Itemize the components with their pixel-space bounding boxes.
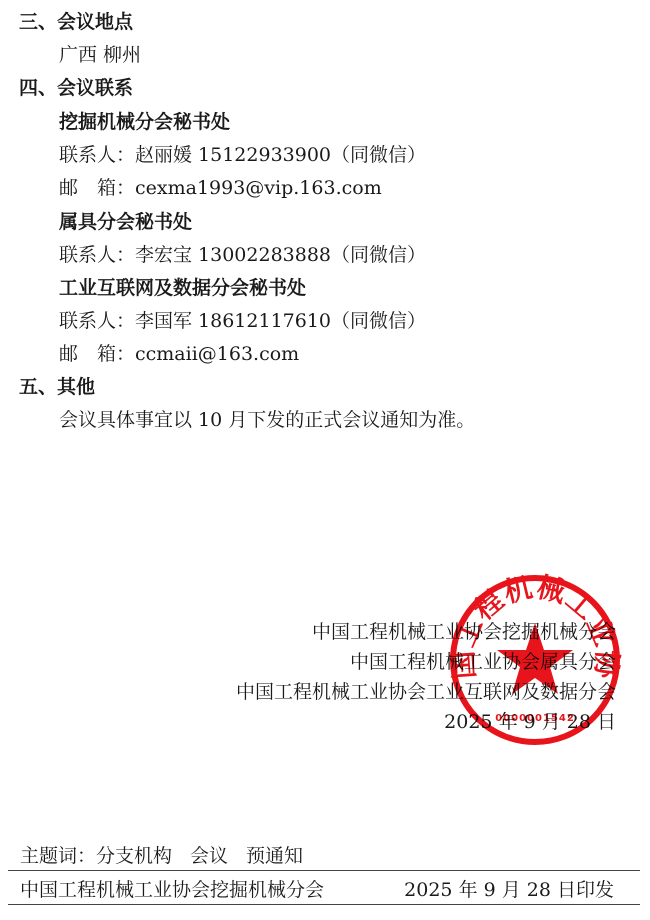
keywords-line: 主题词：分支机构会议预通知 <box>20 844 321 868</box>
group-title-excavator: 挖掘机械分会秘书处 <box>59 110 230 134</box>
section-heading-contact: 四、会议联系 <box>19 76 133 100</box>
email-iiot: 邮 箱：ccmaii@163.com <box>59 342 299 366</box>
issue-date: 2025 年 9 月 28 日印发 <box>404 878 614 902</box>
group-title-iiot: 工业互联网及数据分会秘书处 <box>59 276 306 300</box>
signature-org-1: 中国工程机械工业协会挖掘机械分会 <box>312 620 616 644</box>
keyword: 会议 <box>190 845 228 867</box>
divider-top <box>8 870 640 871</box>
issuer: 中国工程机械工业协会挖掘机械分会 <box>20 878 324 902</box>
other-text: 会议具体事宜以 10 月下发的正式会议通知为准。 <box>59 408 475 432</box>
keyword: 预通知 <box>246 845 303 867</box>
contact-iiot: 联系人：李国军 18612117610（同微信） <box>59 309 426 333</box>
keyword: 分支机构 <box>96 845 172 867</box>
divider-bottom <box>8 904 640 905</box>
section-heading-other: 五、其他 <box>19 375 95 399</box>
signature-org-3: 中国工程机械工业协会工业互联网及数据分会 <box>236 680 616 704</box>
email-excavator: 邮 箱：cexma1993@vip.163.com <box>59 176 382 200</box>
venue-text: 广西 柳州 <box>59 43 141 67</box>
keywords-label: 主题词： <box>20 845 96 867</box>
contact-excavator: 联系人：赵丽媛 15122933900（同微信） <box>59 143 426 167</box>
contact-attachments: 联系人：李宏宝 13002283888（同微信） <box>59 243 426 267</box>
signature-org-2: 中国工程机械工业协会属具分会 <box>350 650 616 674</box>
group-title-attachments: 属具分会秘书处 <box>59 210 192 234</box>
signature-date: 2025 年 9 月 28 日 <box>444 710 616 734</box>
section-heading-venue: 三、会议地点 <box>19 10 133 34</box>
